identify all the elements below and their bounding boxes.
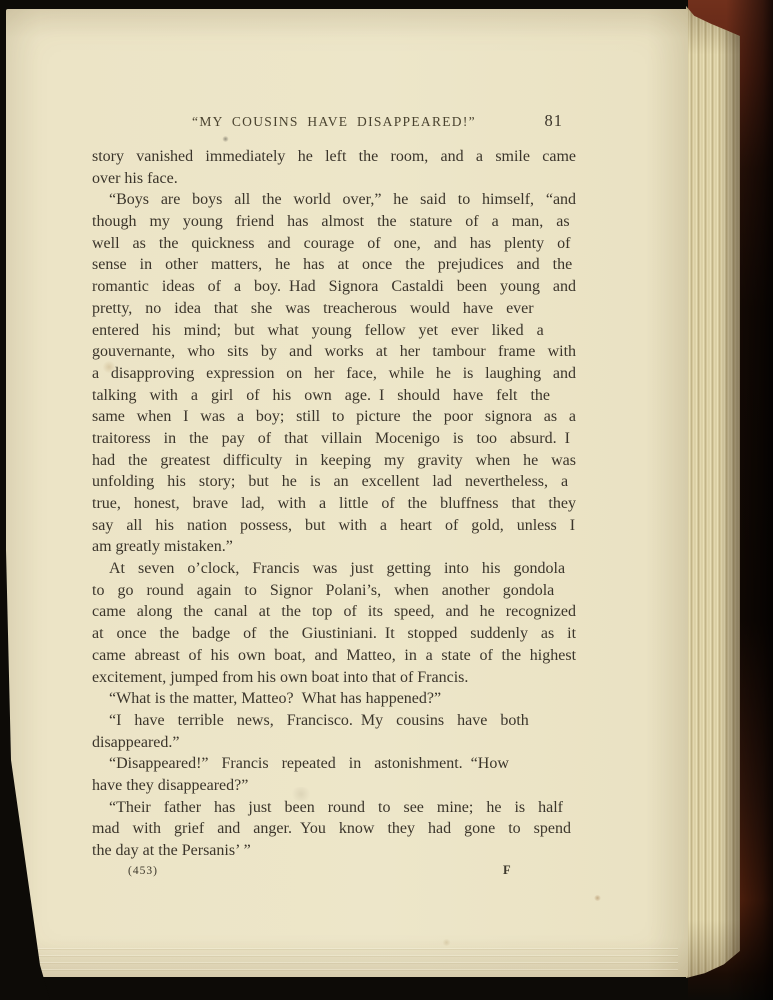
text-line: have they disappeared?” [92, 775, 576, 797]
text-line: unfolding his story; but he is an excell… [92, 471, 576, 493]
text-line: traitoress in the pay of that villain Mo… [92, 428, 576, 450]
text-line: at once the badge of the Giustiniani. It… [92, 623, 576, 645]
text-line: a disapproving expression on her face, w… [92, 363, 576, 385]
text-line: came along the canal at the top of its s… [92, 601, 576, 623]
text-line: true, honest, brave lad, with a little o… [92, 493, 576, 515]
text-line: over his face. [92, 168, 576, 190]
text-line: am greatly mistaken.” [92, 536, 576, 558]
text-line: the day at the Persanis’ ” [92, 840, 576, 862]
text-line: excitement, jumped from his own boat int… [92, 667, 576, 689]
text-line: had the greatest difficulty in keeping m… [92, 450, 576, 472]
page-footer: (453) F [92, 863, 576, 883]
page-bottom-edges [32, 948, 678, 974]
book-page: “MY COUSINS HAVE DISAPPEARED!” 81 story … [6, 9, 688, 977]
text-line: pretty, no idea that she was treacherous… [92, 298, 576, 320]
text-line: same when I was a boy; still to picture … [92, 406, 576, 428]
page-number: 81 [545, 111, 564, 131]
text-line: entered his mind; but what young fellow … [92, 320, 576, 342]
text-line: At seven o’clock, Francis was just getti… [92, 558, 576, 580]
text-line: “Their father has just been round to see… [92, 797, 576, 819]
book-page-scan: “MY COUSINS HAVE DISAPPEARED!” 81 story … [0, 0, 773, 1000]
chapter-header-title: “MY COUSINS HAVE DISAPPEARED!” [192, 114, 476, 129]
text-line: “Disappeared!” Francis repeated in aston… [92, 753, 576, 775]
text-line: disappeared.” [92, 732, 576, 754]
page-stain [442, 939, 451, 946]
text-line: say all his nation possess, but with a h… [92, 515, 576, 537]
text-line: sense in other matters, he has at once t… [92, 254, 576, 276]
text-line: talking with a girl of his own age. I sh… [92, 385, 576, 407]
page-stain [594, 895, 601, 901]
page-stain [222, 136, 229, 142]
text-line: mad with grief and anger. You know they … [92, 818, 576, 840]
text-line: though my young friend has almost the st… [92, 211, 576, 233]
text-line: “What is the matter, Matteo? What has ha… [92, 688, 576, 710]
text-line: romantic ideas of a boy. Had Signora Cas… [92, 276, 576, 298]
text-line: “I have terrible news, Francisco. My cou… [92, 710, 576, 732]
text-line: well as the quickness and courage of one… [92, 233, 576, 255]
text-line: story vanished immediately he left the r… [92, 146, 576, 168]
page-edge-stack [686, 6, 740, 978]
press-figure: F [503, 863, 511, 878]
text-line: “Boys are boys all the world over,” he s… [92, 189, 576, 211]
text-line: came abreast of his own boat, and Matteo… [92, 645, 576, 667]
text-line: to go round again to Signor Polani’s, wh… [92, 580, 576, 602]
text-line: gouvernante, who sits by and works at he… [92, 341, 576, 363]
running-header: “MY COUSINS HAVE DISAPPEARED!” 81 [92, 112, 576, 132]
body-text: story vanished immediately he left the r… [92, 146, 576, 862]
signature-mark: (453) [128, 865, 158, 877]
